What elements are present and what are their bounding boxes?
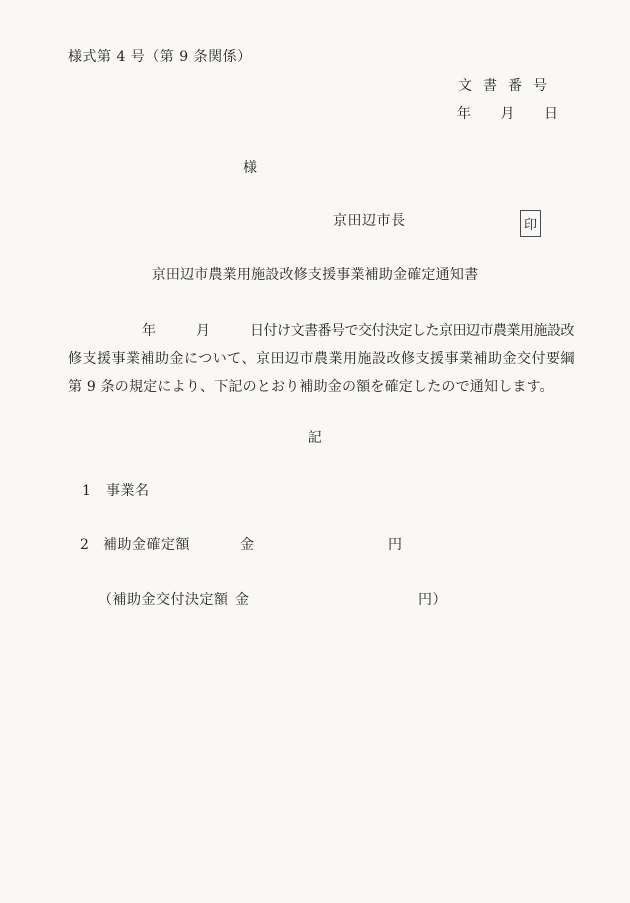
body-line-2: 修支援事業補助金について、京田辺市農業用施設改修支援事業補助金交付要綱 <box>68 351 575 368</box>
body-line-3: 第 9 条の規定により、下記のとおり補助金の額を確定したので通知します。 <box>68 379 554 396</box>
form-number: 様式第 4 号（第 9 条関係） <box>68 49 252 66</box>
item3-label: （補助金交付決定額 <box>98 592 229 609</box>
item2-label: 補助金確定額 <box>103 537 190 554</box>
document-page: 様式第 4 号（第 9 条関係） 文書番号 年 月 日 様 京田辺市長 印 京田… <box>0 0 630 903</box>
item2-amount-suffix: 円 <box>388 537 403 554</box>
document-title: 京田辺市農業用施設改修支援事業補助金確定通知書 <box>0 267 630 284</box>
doc-number-label: 文書番号 <box>458 78 558 95</box>
item2-amount-prefix: 金 <box>240 537 255 554</box>
seal-mark: 印 <box>524 214 537 233</box>
item3-amount-prefix: 金 <box>235 592 250 609</box>
item1-label: 事業名 <box>106 483 150 500</box>
addressee-honorific: 様 <box>243 160 258 177</box>
item1-number: 1 <box>82 483 91 500</box>
seal-box: 印 <box>520 210 541 237</box>
body-line-1: 年 月 日付け文書番号で交付決定した京田辺市農業用施設改 <box>142 323 574 340</box>
record-mark: 記 <box>0 430 630 447</box>
sender-title: 京田辺市長 <box>333 213 406 230</box>
item3-amount-suffix: 円） <box>418 592 447 609</box>
date-label: 年 月 日 <box>457 106 559 123</box>
item2-number: 2 <box>80 537 89 554</box>
